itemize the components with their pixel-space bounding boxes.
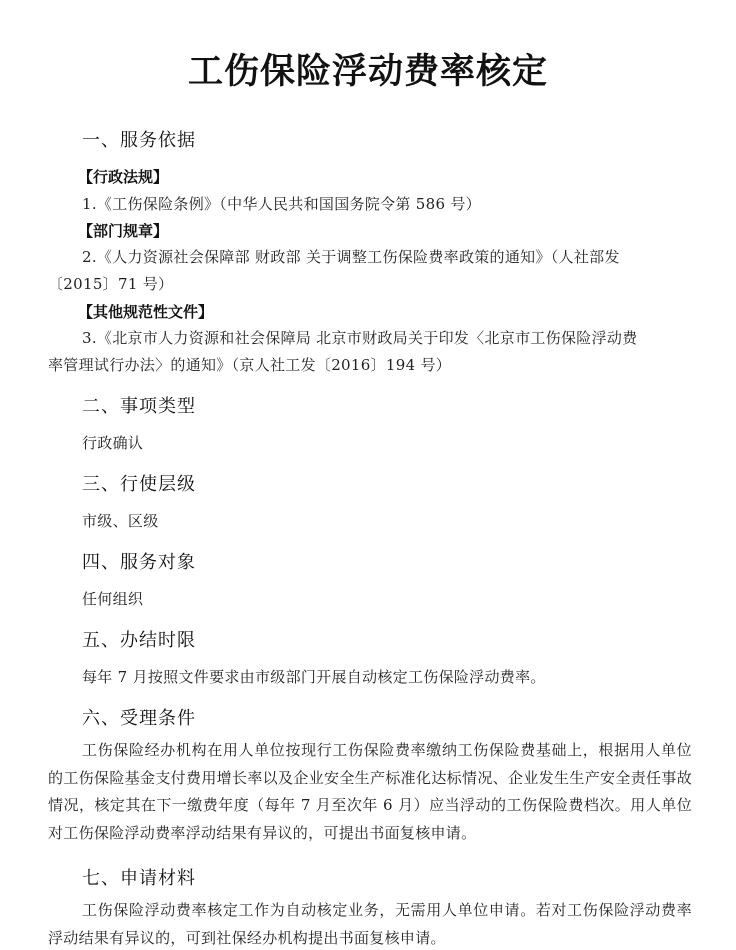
section-body-time-limit: 每年 7 月按照文件要求由市级部门开展自动核定工伤保险浮动费率。 [82, 666, 546, 687]
section-heading-acceptance-conditions: 六、受理条件 [82, 704, 196, 730]
section-heading-service-target: 四、服务对象 [82, 548, 196, 574]
regulation-item: 3.《北京市人力资源和社会保障局 北京市财政局关于印发〈北京市工伤保险浮动费 [82, 327, 637, 348]
section-heading-exercise-level: 三、行使层级 [82, 470, 196, 496]
section-body-exercise-level: 市级、区级 [82, 510, 159, 531]
section-body-service-target: 任何组织 [82, 588, 143, 609]
page-title: 工伤保险浮动费率核定 [0, 44, 736, 94]
regulation-item-continued: 〔2015〕71 号） [48, 273, 173, 294]
group-label-administrative-regulations: 【行政法规】 [78, 166, 168, 187]
group-label-department-rules: 【部门规章】 [78, 220, 168, 241]
section-heading-service-basis: 一、服务依据 [82, 126, 196, 152]
regulation-item-continued: 率管理试行办法〉的通知》（京人社工发〔2016〕194 号） [48, 354, 451, 375]
section-heading-time-limit: 五、办结时限 [82, 626, 196, 652]
section-body-item-type: 行政确认 [82, 432, 143, 453]
section-body-acceptance-conditions: 工伤保险经办机构在用人单位按现行工伤保险费率缴纳工伤保险费基础上，根据用人单位的… [48, 737, 692, 847]
regulation-item: 2.《人力资源社会保障部 财政部 关于调整工伤保险费率政策的通知》（人社部发 [82, 246, 620, 267]
section-heading-item-type: 二、事项类型 [82, 392, 196, 418]
section-heading-application-materials: 七、申请材料 [82, 864, 196, 890]
group-label-other-documents: 【其他规范性文件】 [78, 301, 213, 322]
regulation-item: 1.《工伤保险条例》（中华人民共和国国务院令第 586 号） [82, 193, 481, 214]
section-body-application-materials: 工伤保险浮动费率核定工作为自动核定业务，无需用人单位申请。若对工伤保险浮动费率浮… [48, 897, 692, 950]
